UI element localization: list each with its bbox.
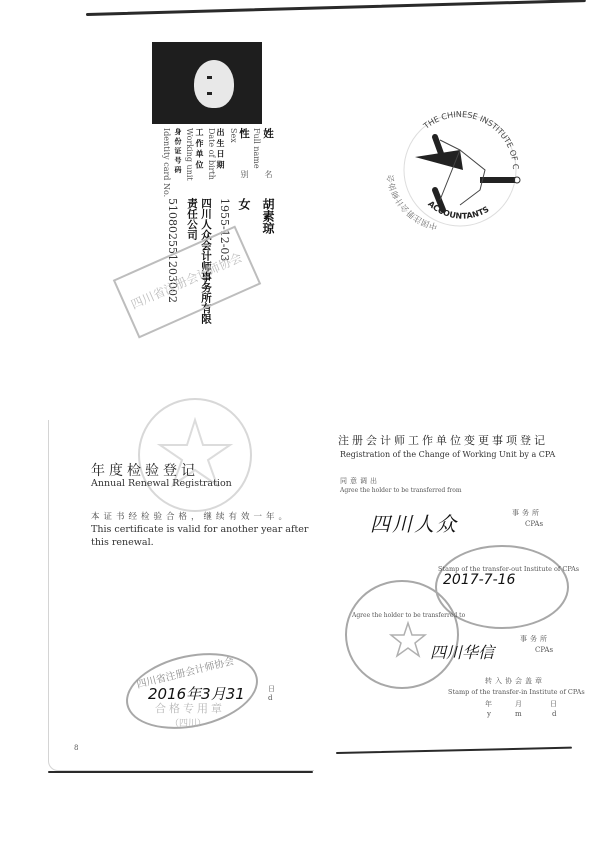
- transfer-in-stamp-star: [388, 620, 428, 660]
- agree-out-en: Agree the holder to be transferred from: [340, 487, 462, 494]
- date-label-month-cn: 月: [515, 699, 525, 709]
- firm-label2-cn: 事务所: [520, 634, 550, 644]
- label-sex-cn: 性: [238, 128, 250, 139]
- stamp-in-en: Stamp of the transfer-in Institute of CP…: [448, 688, 585, 696]
- date-label-month-en: m: [515, 710, 522, 718]
- from-firm-handwritten: 四川人众: [370, 508, 458, 537]
- label-name-cn: 姓: [262, 128, 274, 139]
- date-label-day-cn: 日: [550, 699, 560, 709]
- annual-renewal-title-cn: 年度检验登记: [91, 460, 199, 480]
- label-name-extra: 名: [262, 170, 274, 178]
- eye-shape: [207, 92, 212, 95]
- label-sex-extra: 别: [238, 170, 250, 178]
- value-sex: 女: [238, 198, 250, 210]
- change-title-cn: 注册会计师工作单位变更事项登记: [338, 432, 548, 448]
- agree-in-en: Agree the holder to be transferred to: [352, 612, 465, 619]
- label-id-cn: 身 份 证 号 码: [172, 128, 184, 173]
- label-sex-en: Sex: [227, 128, 239, 143]
- renewal-handwritten-date: 2016年3月31: [148, 683, 245, 704]
- change-title-en: Registration of the Change of Working Un…: [340, 450, 555, 459]
- label-unit-en: Working unit: [183, 128, 195, 181]
- annual-renewal-title-en: Annual Renewal Registration: [91, 478, 232, 489]
- scan-edge-bottom-right: [336, 747, 572, 754]
- label-id-en: Identity card No.: [160, 128, 172, 197]
- svg-text:ACCOUNTANTS: ACCOUNTANTS: [426, 199, 491, 221]
- date-label-year-en: y: [487, 710, 491, 718]
- stamp-in-cn: 转入协会盖章: [485, 676, 545, 686]
- cicpa-seal: THE CHINESE INSTITUTE OF CERTIFIED PUBLI…: [385, 95, 535, 245]
- value-unit-line2: 责任公司: [186, 198, 198, 240]
- date-label-year-cn: 年: [485, 699, 495, 709]
- eye-shape: [207, 76, 212, 79]
- label-name-en: Full name: [250, 128, 262, 169]
- label-unit-cn: 工 作 单 位: [194, 128, 206, 168]
- page-number: 8: [74, 744, 78, 752]
- firm-label2-en: CPAs: [535, 646, 553, 654]
- firm-label-cn: 事务所: [512, 508, 542, 518]
- association-stamp: 四川省注册会计师协会: [113, 226, 261, 339]
- to-firm-handwritten: 四川华信: [430, 640, 494, 663]
- qualified-stamp-line3: （四川）: [170, 716, 206, 729]
- holder-photo: [152, 42, 262, 124]
- label-dob-en: Date of birth: [205, 128, 217, 180]
- stamp-text: 四川省注册会计师协会: [129, 250, 244, 312]
- agree-out-cn: 同意调出: [340, 476, 380, 486]
- firm-label-en: CPAs: [525, 520, 543, 528]
- faint-round-stamp: [135, 395, 255, 515]
- face-shape: [194, 60, 234, 108]
- scan-edge-top: [86, 0, 586, 16]
- date-label-day-en: d: [552, 710, 556, 718]
- renewal-body-en-1: This certificate is valid for another ye…: [91, 524, 308, 535]
- transfer-out-date: 2017-7-16: [443, 572, 515, 588]
- renewal-date-suffix-cn: 日: [268, 684, 275, 694]
- renewal-body-cn: 本证书经检验合格，继续有效一年。: [91, 510, 291, 522]
- renewal-date-suffix-en: d: [268, 694, 272, 702]
- scan-edge-bottom-left: [48, 771, 313, 773]
- seal-text-bottom: ACCOUNTANTS: [426, 199, 491, 221]
- value-name: 胡素琼: [262, 198, 274, 234]
- renewal-body-en-2: this renewal.: [91, 537, 154, 548]
